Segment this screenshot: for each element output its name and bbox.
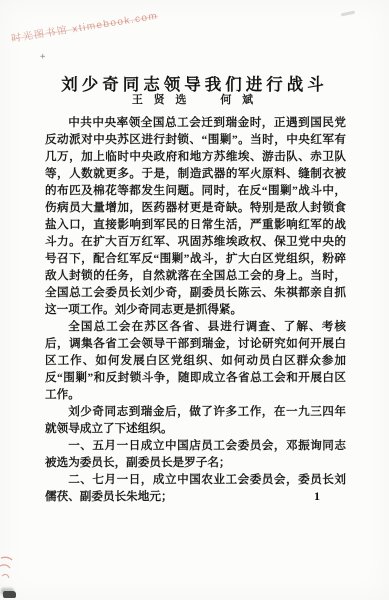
corner-ink-smudge bbox=[3, 591, 16, 598]
red-pen-scribble-mark bbox=[0, 554, 20, 584]
author-names: 王 贤 选 何 斌 bbox=[0, 91, 389, 107]
library-watermark: 时光图书馆 xtimebook.com bbox=[10, 7, 159, 45]
body-paragraph: 全国总工会在苏区各省、县进行调查、了解、考核后，调集各省工会领导干部到瑞金，讨论… bbox=[45, 318, 346, 403]
registration-cross-mark: + bbox=[40, 52, 45, 62]
body-paragraph: 二、七月一日，成立中国农业工会委员会，委员长刘儒茯、副委员长朱地元； bbox=[45, 471, 346, 505]
page-number: 1 bbox=[314, 489, 320, 504]
body-text: 中共中央率领全国总工会迁到瑞金时，正遇到国民党反动派对中央苏区进行封锁、“围剿”… bbox=[45, 114, 346, 505]
book-page: 时光图书馆 xtimebook.com + 刘少奇同志领导我们进行战斗 王 贤 … bbox=[0, 0, 389, 600]
body-paragraph: 刘少奇同志到瑞金后，做了许多工作，在一九三四年就领导成立了下述组织。 bbox=[45, 403, 346, 437]
body-paragraph: 中共中央率领全国总工会迁到瑞金时，正遇到国民党反动派对中央苏区进行封锁、“围剿”… bbox=[45, 114, 346, 318]
body-paragraph: 一、五月一日成立中国店员工会委员会，邓振询同志被选为委员长，副委员长是罗子名； bbox=[45, 437, 346, 471]
scan-speck bbox=[341, 11, 355, 17]
